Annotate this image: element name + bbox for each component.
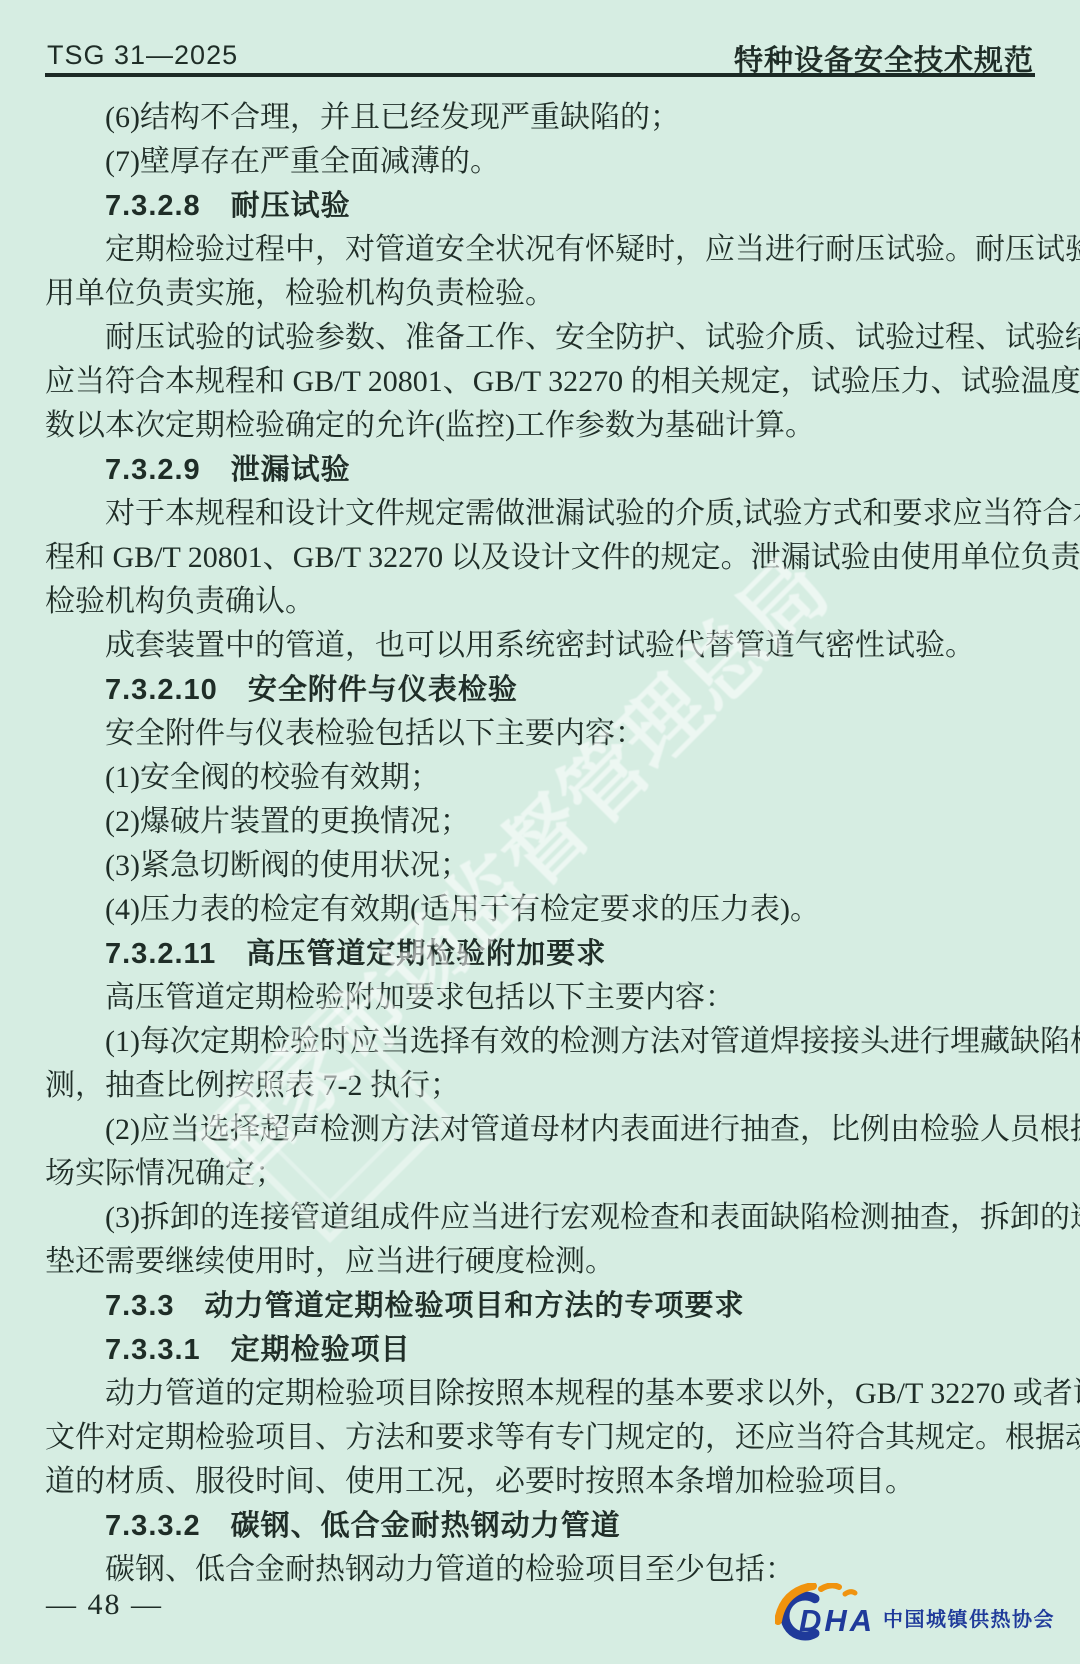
section-heading-line: 7.3.2.8 耐压试验 xyxy=(45,184,1037,228)
section-heading-line: 7.3.2.9 泄漏试验 xyxy=(45,448,1037,492)
section-heading-line: 7.3.2.10 安全附件与仪表检验 xyxy=(45,668,1037,712)
body-line: 应当符合本规程和 GB/T 20801、GB/T 32270 的相关规定，试验压… xyxy=(45,360,1037,404)
body-line: 用单位负责实施，检验机构负责检验。 xyxy=(45,272,1037,316)
body-line: (3)拆卸的连接管道组成件应当进行宏观检查和表面缺陷检测抽查，拆卸的透镜 xyxy=(45,1196,1037,1240)
logo-acronym: DHA xyxy=(799,1603,875,1638)
body-line: 数以本次定期检验确定的允许(监控)工作参数为基础计算。 xyxy=(45,404,1037,448)
document-body: (6)结构不合理，并且已经发现严重缺陷的；(7)壁厚存在严重全面减薄的。7.3.… xyxy=(45,96,1037,1592)
dha-logo: DHA 中国城镇供热协会 xyxy=(775,1583,1065,1647)
body-line: 垫还需要继续使用时，应当进行硬度检测。 xyxy=(45,1240,1037,1284)
body-line: 耐压试验的试验参数、准备工作、安全防护、试验介质、试验过程、试验结论等 xyxy=(45,316,1037,360)
section-heading-line: 7.3.3.2 碳钢、低合金耐热钢动力管道 xyxy=(45,1504,1037,1548)
section-heading-line: 7.3.2.11 高压管道定期检验附加要求 xyxy=(45,932,1037,976)
body-line: 程和 GB/T 20801、GB/T 32270 以及设计文件的规定。泄漏试验由… xyxy=(45,536,1037,580)
section-heading-line: 7.3.3.1 定期检验项目 xyxy=(45,1328,1037,1372)
logo-swoosh-medium-icon xyxy=(821,1585,839,1589)
section-heading-line: 7.3.3 动力管道定期检验项目和方法的专项要求 xyxy=(45,1284,1037,1328)
body-line: 安全附件与仪表检验包括以下主要内容： xyxy=(45,712,1037,756)
body-line: 定期检验过程中，对管道安全状况有怀疑时，应当进行耐压试验。耐压试验由使 xyxy=(45,228,1037,272)
logo-swoosh-small-icon xyxy=(845,1592,855,1594)
body-line: 对于本规程和设计文件规定需做泄漏试验的介质,试验方式和要求应当符合本规 xyxy=(45,492,1037,536)
page-number: — 48 — xyxy=(46,1588,163,1622)
logo-org-name: 中国城镇供热协会 xyxy=(883,1607,1055,1631)
body-line: 检验机构负责确认。 xyxy=(45,580,1037,624)
body-line: 高压管道定期检验附加要求包括以下主要内容： xyxy=(45,976,1037,1020)
body-line: 道的材质、服役时间、使用工况，必要时按照本条增加检验项目。 xyxy=(45,1460,1037,1504)
body-line: (7)壁厚存在严重全面减薄的。 xyxy=(45,140,1037,184)
body-line: (1)安全阀的校验有效期； xyxy=(45,756,1037,800)
body-line: 动力管道的定期检验项目除按照本规程的基本要求以外，GB/T 32270 或者设计 xyxy=(45,1372,1037,1416)
body-line: (4)压力表的检定有效期(适用于有检定要求的压力表)。 xyxy=(45,888,1037,932)
body-line: 成套装置中的管道，也可以用系统密封试验代替管道气密性试验。 xyxy=(45,624,1037,668)
body-line: 场实际情况确定； xyxy=(45,1152,1037,1196)
header-doc-code: TSG 31—2025 xyxy=(47,40,238,71)
body-line: 文件对定期检验项目、方法和要求等有专门规定的，还应当符合其规定。根据动力管 xyxy=(45,1416,1037,1460)
body-line: 测，抽查比例按照表 7-2 执行； xyxy=(45,1064,1037,1108)
body-line: (3)紧急切断阀的使用状况； xyxy=(45,844,1037,888)
body-line: (1)每次定期检验时应当选择有效的检测方法对管道焊接接头进行埋藏缺陷检 xyxy=(45,1020,1037,1064)
body-line: (6)结构不合理，并且已经发现严重缺陷的； xyxy=(45,96,1037,140)
body-line: (2)应当选择超声检测方法对管道母材内表面进行抽查，比例由检验人员根据现 xyxy=(45,1108,1037,1152)
body-line: (2)爆破片装置的更换情况； xyxy=(45,800,1037,844)
header-rule xyxy=(45,73,1035,77)
